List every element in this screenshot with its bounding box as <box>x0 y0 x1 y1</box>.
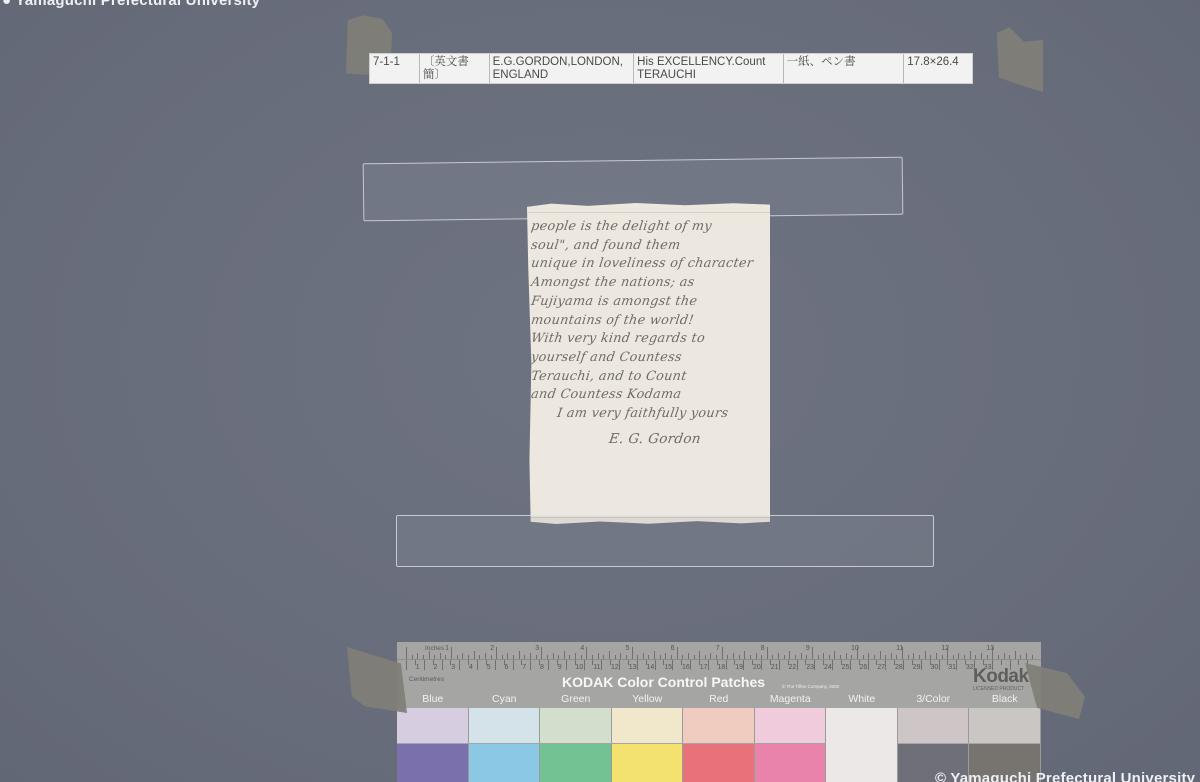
ruler-tick <box>956 660 957 670</box>
ruler-tick <box>903 660 904 670</box>
ruler-inch-number: 6 <box>671 645 675 652</box>
catalog-recipient: His EXCELLENCY.Count TERAUCHI <box>634 54 783 83</box>
color-patch-light <box>755 708 827 743</box>
ruler-inch-number: 1 <box>445 645 449 652</box>
ruler-tick <box>451 647 452 659</box>
watermark-top: ● Yamaguchi Prefectural University <box>2 0 260 9</box>
kodak-color-chart: Inches 12345678910111213 123456789101112… <box>397 642 1041 782</box>
ruler-tick <box>569 655 570 659</box>
ruler-tick <box>958 653 959 659</box>
letter-line: mountains of the world! <box>530 312 769 331</box>
ruler-cm-number: 28 <box>895 664 903 671</box>
ruler-cm-number: 25 <box>842 664 850 671</box>
ruler-tick <box>823 653 824 659</box>
ruler-tick <box>491 655 492 659</box>
ruler-tick <box>863 655 864 659</box>
ruler-tick <box>690 660 691 670</box>
color-patch-light <box>469 708 541 743</box>
handwritten-letter: people is the delight of my soul", and f… <box>527 202 770 525</box>
color-patch-light <box>898 708 970 743</box>
ruler-tick <box>1026 653 1027 659</box>
ruler-tick <box>761 655 762 659</box>
ruler-tick <box>1018 660 1019 665</box>
ruler-tick <box>485 653 486 659</box>
ruler: Inches 12345678910111213 123456789101112… <box>397 642 1041 678</box>
ruler-tick <box>936 653 937 659</box>
ruler-tick <box>772 655 773 659</box>
ruler-tick <box>964 655 965 659</box>
ruler-tick <box>743 660 744 670</box>
ruler-tick <box>445 655 446 659</box>
ruler-tick <box>654 651 655 659</box>
ruler-cm-number: 13 <box>629 664 637 671</box>
ruler-cm-number: 15 <box>664 664 672 671</box>
ruler-tick <box>1020 655 1021 659</box>
catalog-dimensions: 17.8×26.4 <box>904 54 972 83</box>
patch-label-cyan: Cyan <box>469 693 541 707</box>
kodak-logo: Kodak <box>973 666 1029 688</box>
ruler-tick <box>553 653 554 659</box>
ruler-tick <box>671 655 672 659</box>
ruler-tick <box>812 647 813 659</box>
ruler-tick <box>981 653 982 659</box>
ruler-tick <box>682 655 683 659</box>
ruler-tick <box>814 660 815 670</box>
patch-column-white <box>826 708 898 782</box>
ruler-tick <box>457 655 458 659</box>
patch-column-red <box>683 708 755 782</box>
ruler-tick <box>953 655 954 659</box>
watermark-bottom: © Yamaguchi Prefectural University <box>935 770 1195 782</box>
ruler-tick <box>468 655 469 659</box>
color-patch-dark <box>397 744 469 782</box>
catalog-label: 7-1-1 〔英文書簡〕 E.G.GORDON,LONDON, ENGLAND … <box>369 53 973 84</box>
color-patch-light <box>612 708 684 743</box>
ruler-cm-number: 3 <box>451 664 455 671</box>
ruler-tick <box>832 660 833 670</box>
catalog-id: 7-1-1 <box>370 54 420 83</box>
ruler-cm-number: 10 <box>576 664 584 671</box>
ruler-tick <box>592 655 593 659</box>
ruler-tick <box>818 655 819 659</box>
ruler-tick <box>530 653 531 659</box>
ruler-tick <box>908 655 909 659</box>
chart-title: KODAK Color Control Patches <box>562 674 765 690</box>
color-patch-light <box>397 708 469 743</box>
patch-column-green <box>540 708 612 782</box>
patch-column-blue <box>397 708 469 782</box>
catalog-format: 一紙、ペン書 <box>784 54 905 83</box>
ruler-cm-number: 29 <box>913 664 921 671</box>
letter-signature: E. G. Gordon <box>530 430 769 449</box>
ruler-tick <box>423 655 424 659</box>
ruler-tick <box>688 653 689 659</box>
ruler-tick <box>637 655 638 659</box>
ruler-tick <box>524 655 525 659</box>
ruler-tick <box>756 653 757 659</box>
ruler-tick <box>885 655 886 659</box>
ruler-tick <box>495 660 496 670</box>
ruler-tick <box>502 655 503 659</box>
letter-line: Fujiyama is amongst the <box>530 293 769 312</box>
ruler-tick <box>507 653 508 659</box>
ruler-tick <box>939 660 940 670</box>
ruler-tick <box>885 660 886 670</box>
ruler-tick <box>970 651 971 659</box>
ruler-tick <box>868 660 869 670</box>
ruler-tick <box>417 653 418 659</box>
ruler-tick <box>548 660 549 670</box>
ruler-tick <box>840 655 841 659</box>
ruler-tick <box>519 651 520 659</box>
acrylic-strip-bottom <box>396 515 934 567</box>
ruler-tick <box>722 647 723 659</box>
ruler-tick <box>750 655 751 659</box>
color-patch-dark <box>755 744 827 782</box>
ruler-cm-number: 31 <box>948 664 956 671</box>
ruler-cm-number: 5 <box>487 664 491 671</box>
ruler-tick <box>412 655 413 659</box>
color-patch <box>826 708 898 782</box>
ruler-tick <box>655 660 656 670</box>
ruler-tick <box>874 655 875 659</box>
ruler-cm-number: 23 <box>806 664 814 671</box>
color-patch-light <box>969 708 1041 743</box>
patch-column-magenta <box>755 708 827 782</box>
ruler-tick <box>880 651 881 659</box>
ruler-tick <box>806 655 807 659</box>
ruler-tick <box>575 653 576 659</box>
ruler-cm-number: 11 <box>593 664 600 671</box>
ruler-tick <box>637 660 638 670</box>
ruler-inch-number: 12 <box>941 645 949 652</box>
ruler-inch-number: 10 <box>851 645 859 652</box>
ruler-cm-number: 7 <box>522 664 526 671</box>
ruler-tick <box>566 660 567 670</box>
patch-column-yellow <box>612 708 684 782</box>
ruler-tick <box>998 655 999 659</box>
ruler-cm-number: 21 <box>771 664 779 671</box>
ruler-tick <box>761 660 762 670</box>
ruler-tick <box>496 647 497 659</box>
letter-line: people is the delight of my <box>530 218 769 237</box>
ruler-inch-number: 2 <box>490 645 494 652</box>
ruler-tick <box>513 660 514 670</box>
ruler-tick <box>710 653 711 659</box>
ruler-cm-number: 14 <box>647 664 655 671</box>
ruler-tick <box>919 655 920 659</box>
ruler-tick <box>406 647 407 659</box>
ruler-tick <box>733 653 734 659</box>
ruler-tick <box>694 655 695 659</box>
ruler-tick <box>643 653 644 659</box>
ruler-tick <box>868 653 869 659</box>
ruler-tick <box>913 653 914 659</box>
ruler-tick <box>716 655 717 659</box>
ruler-tick <box>727 655 728 659</box>
ruler-tick <box>851 655 852 659</box>
ruler-tick <box>930 655 931 659</box>
letter-line: With very kind regards to <box>530 330 769 349</box>
ruler-tick <box>1001 660 1002 665</box>
ruler-tick <box>648 655 649 659</box>
tape-top-right <box>995 20 1043 92</box>
ruler-tick <box>1004 653 1005 659</box>
ruler-tick <box>462 653 463 659</box>
ruler-inch-number: 7 <box>716 645 720 652</box>
ruler-tick <box>726 660 727 670</box>
ruler-tick <box>541 647 542 659</box>
ruler-tick <box>620 653 621 659</box>
patch-label-magenta: Magenta <box>755 693 827 707</box>
ruler-tick <box>619 660 620 670</box>
patch-label-black: Black <box>969 693 1041 707</box>
ruler-tick <box>477 660 478 670</box>
color-patch-light <box>683 708 755 743</box>
ruler-tick <box>1032 655 1033 659</box>
ruler-tick <box>708 660 709 670</box>
patch-label-blue: Blue <box>397 693 469 707</box>
ruler-tick <box>601 660 602 670</box>
ruler-tick <box>744 651 745 659</box>
ruler-tick <box>705 655 706 659</box>
ruler-tick <box>459 660 460 670</box>
ruler-tick <box>801 653 802 659</box>
ruler-cm-number: 30 <box>931 664 939 671</box>
ruler-cm-number: 2 <box>434 664 438 671</box>
ruler-centimetres-label: Centimetres <box>409 676 444 683</box>
ruler-tick <box>586 647 587 659</box>
ruler-cm-number: 20 <box>753 664 761 671</box>
ruler-tick <box>896 655 897 659</box>
catalog-sender: E.G.GORDON,LONDON, ENGLAND <box>490 54 635 83</box>
ruler-tick <box>891 653 892 659</box>
ruler-tick <box>665 653 666 659</box>
ruler-tick <box>429 651 430 659</box>
ruler-tick <box>513 655 514 659</box>
ruler-tick <box>942 655 943 659</box>
ruler-tick <box>778 653 779 659</box>
ruler-cm-number: 24 <box>824 664 832 671</box>
ruler-tick <box>850 660 851 670</box>
ruler-cm-number: 27 <box>877 664 885 671</box>
ruler-inch-number: 5 <box>626 645 630 652</box>
ruler-tick <box>921 660 922 670</box>
ruler-cm-number: 26 <box>860 664 868 671</box>
ruler-inch-number: 13 <box>986 645 994 652</box>
ruler-tick <box>795 655 796 659</box>
patch-label-white: White <box>826 693 898 707</box>
patch-label-yellow: Yellow <box>612 693 684 707</box>
ruler-tick <box>1009 655 1010 659</box>
ruler-cm-number: 18 <box>718 664 726 671</box>
ruler-cm-number: 8 <box>540 664 544 671</box>
ruler-tick <box>699 651 700 659</box>
chart-copyright: © The Tiffen Company, 2000 <box>782 684 839 689</box>
color-patch-dark <box>540 744 612 782</box>
ruler-tick <box>615 655 616 659</box>
licensed-product-text: LICENSED PRODUCT <box>973 686 1024 692</box>
letter-line: yourself and Countess <box>530 349 769 368</box>
ruler-tick <box>558 655 559 659</box>
ruler-cm-number: 22 <box>789 664 797 671</box>
ruler-tick <box>797 660 798 670</box>
ruler-tick <box>530 660 531 670</box>
ruler-tick <box>547 655 548 659</box>
ruler-tick <box>846 653 847 659</box>
patch-label-green: Green <box>540 693 612 707</box>
patch-labels: Blue Cyan Green Yellow Red Magenta White… <box>397 693 1041 707</box>
ruler-inch-number: 11 <box>896 645 903 652</box>
letter-closing: I am very faithfully yours <box>530 405 769 424</box>
ruler-cm-number: 4 <box>469 664 473 671</box>
ruler-inches: Inches 12345678910111213 <box>397 642 1041 660</box>
color-patch-dark <box>612 744 684 782</box>
ruler-tick <box>434 655 435 659</box>
ruler-tick <box>925 651 926 659</box>
ruler-tick <box>603 655 604 659</box>
ruler-cm-number: 9 <box>558 664 562 671</box>
patch-label-red: Red <box>683 693 755 707</box>
ruler-tick <box>987 655 988 659</box>
ruler-cm-number: 6 <box>505 664 509 671</box>
ruler-inch-number: 9 <box>806 645 810 652</box>
ruler-tick <box>536 655 537 659</box>
color-patch-light <box>540 708 612 743</box>
letter-line: Amongst the nations; as <box>530 274 769 293</box>
ruler-tick <box>672 660 673 670</box>
ruler-tick <box>677 647 678 659</box>
letter-line: unique in loveliness of character <box>530 255 769 274</box>
ruler-inch-number: 8 <box>761 645 765 652</box>
ruler-inch-number: 4 <box>580 645 584 652</box>
ruler-tick <box>479 655 480 659</box>
color-patch-dark <box>469 744 541 782</box>
ruler-inch-number: 3 <box>535 645 539 652</box>
letter-line: soul", and found them <box>530 237 769 256</box>
ruler-tick <box>660 655 661 659</box>
catalog-type: 〔英文書簡〕 <box>420 54 490 83</box>
ruler-cm-number: 17 <box>700 664 708 671</box>
ruler-tick <box>632 647 633 659</box>
ruler-tick <box>779 660 780 670</box>
ruler-tick <box>626 655 627 659</box>
ruler-tick <box>442 660 443 670</box>
letter-fold-top <box>527 212 770 213</box>
ruler-tick <box>406 660 407 670</box>
ruler-tick <box>440 653 441 659</box>
ruler-tick <box>834 651 835 659</box>
letter-text: people is the delight of my soul", and f… <box>531 218 767 448</box>
ruler-tick <box>474 651 475 659</box>
ruler-cm-number: 12 <box>611 664 619 671</box>
ruler-tick <box>609 651 610 659</box>
patch-column-cyan <box>469 708 541 782</box>
ruler-tick <box>584 660 585 670</box>
ruler-tick <box>1015 651 1016 659</box>
ruler-tick <box>739 655 740 659</box>
ruler-tick <box>829 655 830 659</box>
ruler-tick <box>598 653 599 659</box>
letter-line: and Countess Kodama <box>530 386 769 405</box>
ruler-cm-number: 1 <box>416 664 420 671</box>
color-patch-dark <box>683 744 755 782</box>
ruler-tick <box>424 660 425 670</box>
ruler-tick <box>581 655 582 659</box>
ruler-cm-number: 16 <box>682 664 690 671</box>
letter-line: Terauchi, and to Count <box>530 368 769 387</box>
ruler-tick <box>784 655 785 659</box>
ruler-tick <box>975 655 976 659</box>
ruler-cm-number: 19 <box>735 664 743 671</box>
ruler-tick <box>767 647 768 659</box>
patch-label-3color: 3/Color <box>898 693 970 707</box>
ruler-tick <box>789 651 790 659</box>
ruler-tick <box>564 651 565 659</box>
